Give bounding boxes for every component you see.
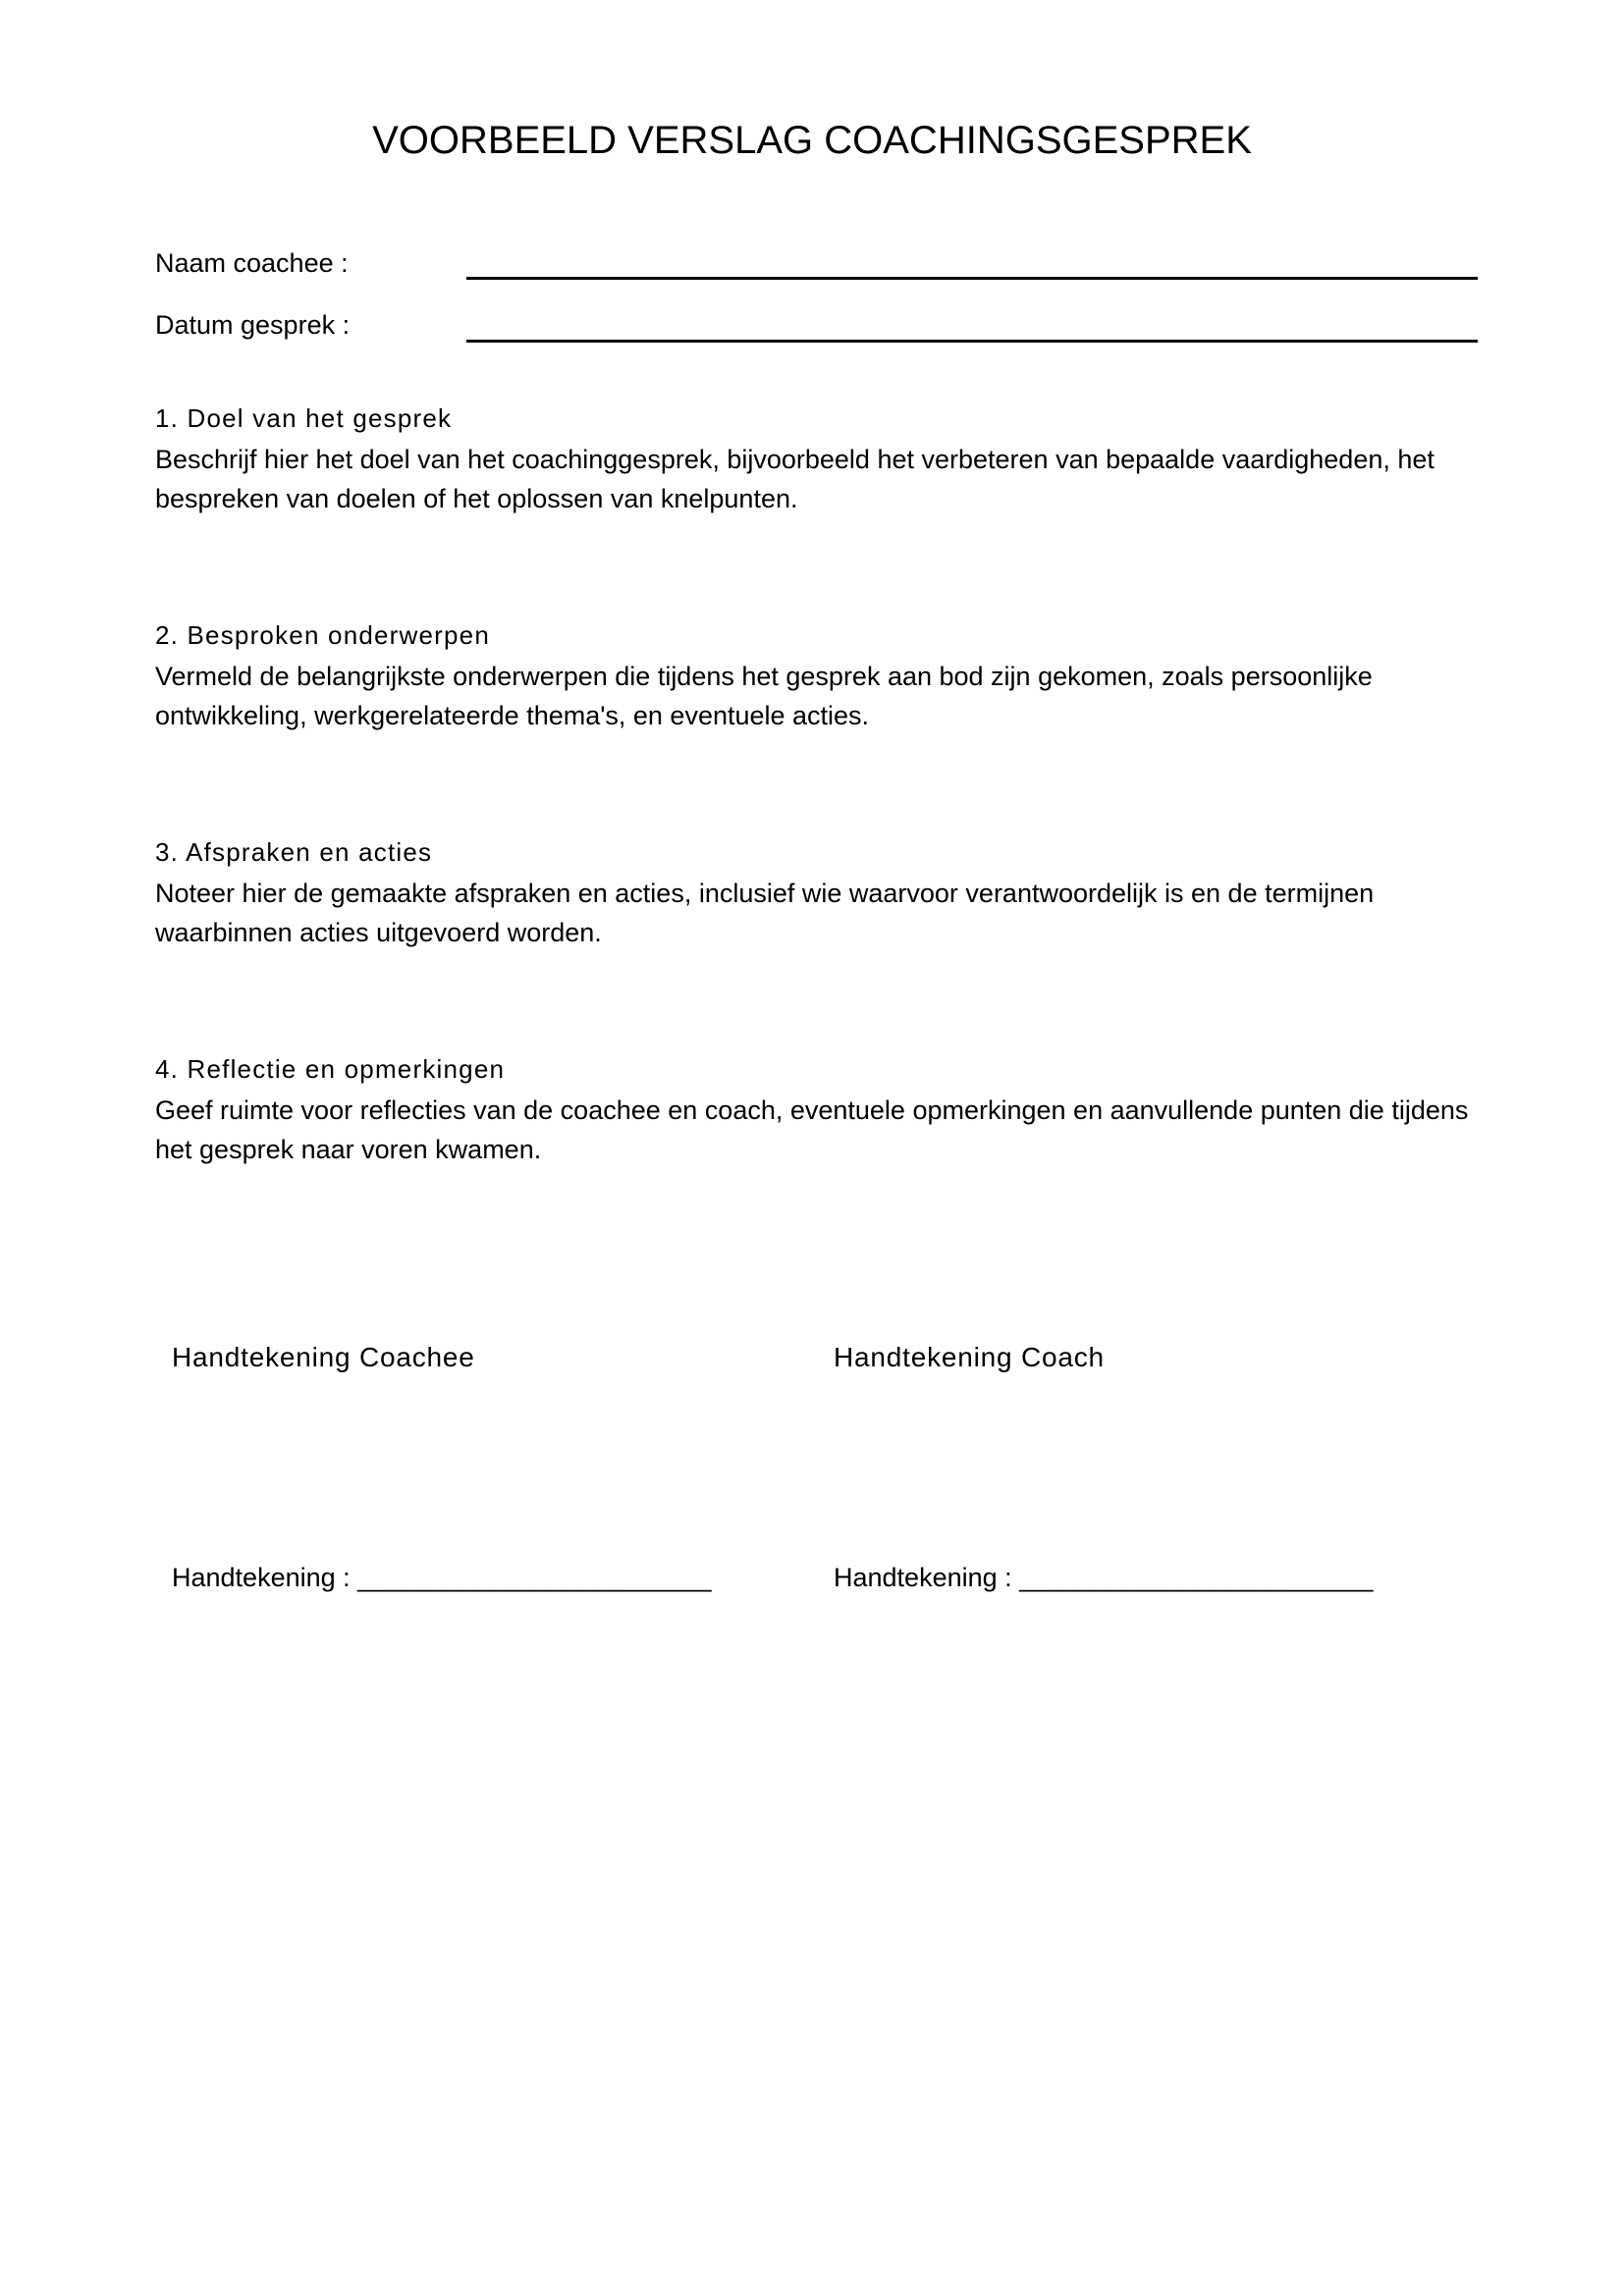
signature-coachee-label: Handtekening : [172,1563,351,1592]
section-afspraken: 3. Afspraken en acties Noteer hier de ge… [155,836,1510,952]
section-body: Vermeld de belangrijkste onderwerpen die… [155,657,1510,735]
section-heading: 4. Reflectie en opmerkingen [155,1053,1510,1085]
signature-coach-line: Handtekening : ________________________ [834,1561,1374,1594]
section-heading: 1. Doel van het gesprek [155,402,1510,434]
signature-coach-label: Handtekening : [834,1563,1012,1592]
signature-coachee-field[interactable]: ________________________ [357,1563,711,1592]
section-doel: 1. Doel van het gesprek Beschrijf hier h… [155,402,1510,518]
section-onderwerpen: 2. Besproken onderwerpen Vermeld de bela… [155,619,1510,735]
section-heading: 3. Afspraken en acties [155,836,1510,868]
signature-coachee-title: Handtekening Coachee [172,1341,475,1374]
section-body: Noteer hier de gemaakte afspraken en act… [155,874,1510,952]
document-title: VOORBEELD VERSLAG COACHINGSGESPREK [0,118,1624,163]
section-body: Beschrijf hier het doel van het coaching… [155,440,1510,518]
datum-gesprek-label: Datum gesprek : [155,309,350,341]
naam-coachee-label: Naam coachee : [155,247,349,279]
section-reflectie: 4. Reflectie en opmerkingen Geef ruimte … [155,1053,1510,1169]
signature-coachee-line: Handtekening : ________________________ [172,1561,712,1594]
datum-gesprek-field[interactable] [466,340,1478,343]
section-body: Geef ruimte voor reflecties van de coach… [155,1091,1510,1169]
naam-coachee-field[interactable] [466,277,1478,280]
signature-coach-title: Handtekening Coach [834,1341,1105,1374]
signature-coach-field[interactable]: ________________________ [1019,1563,1373,1592]
section-heading: 2. Besproken onderwerpen [155,619,1510,651]
